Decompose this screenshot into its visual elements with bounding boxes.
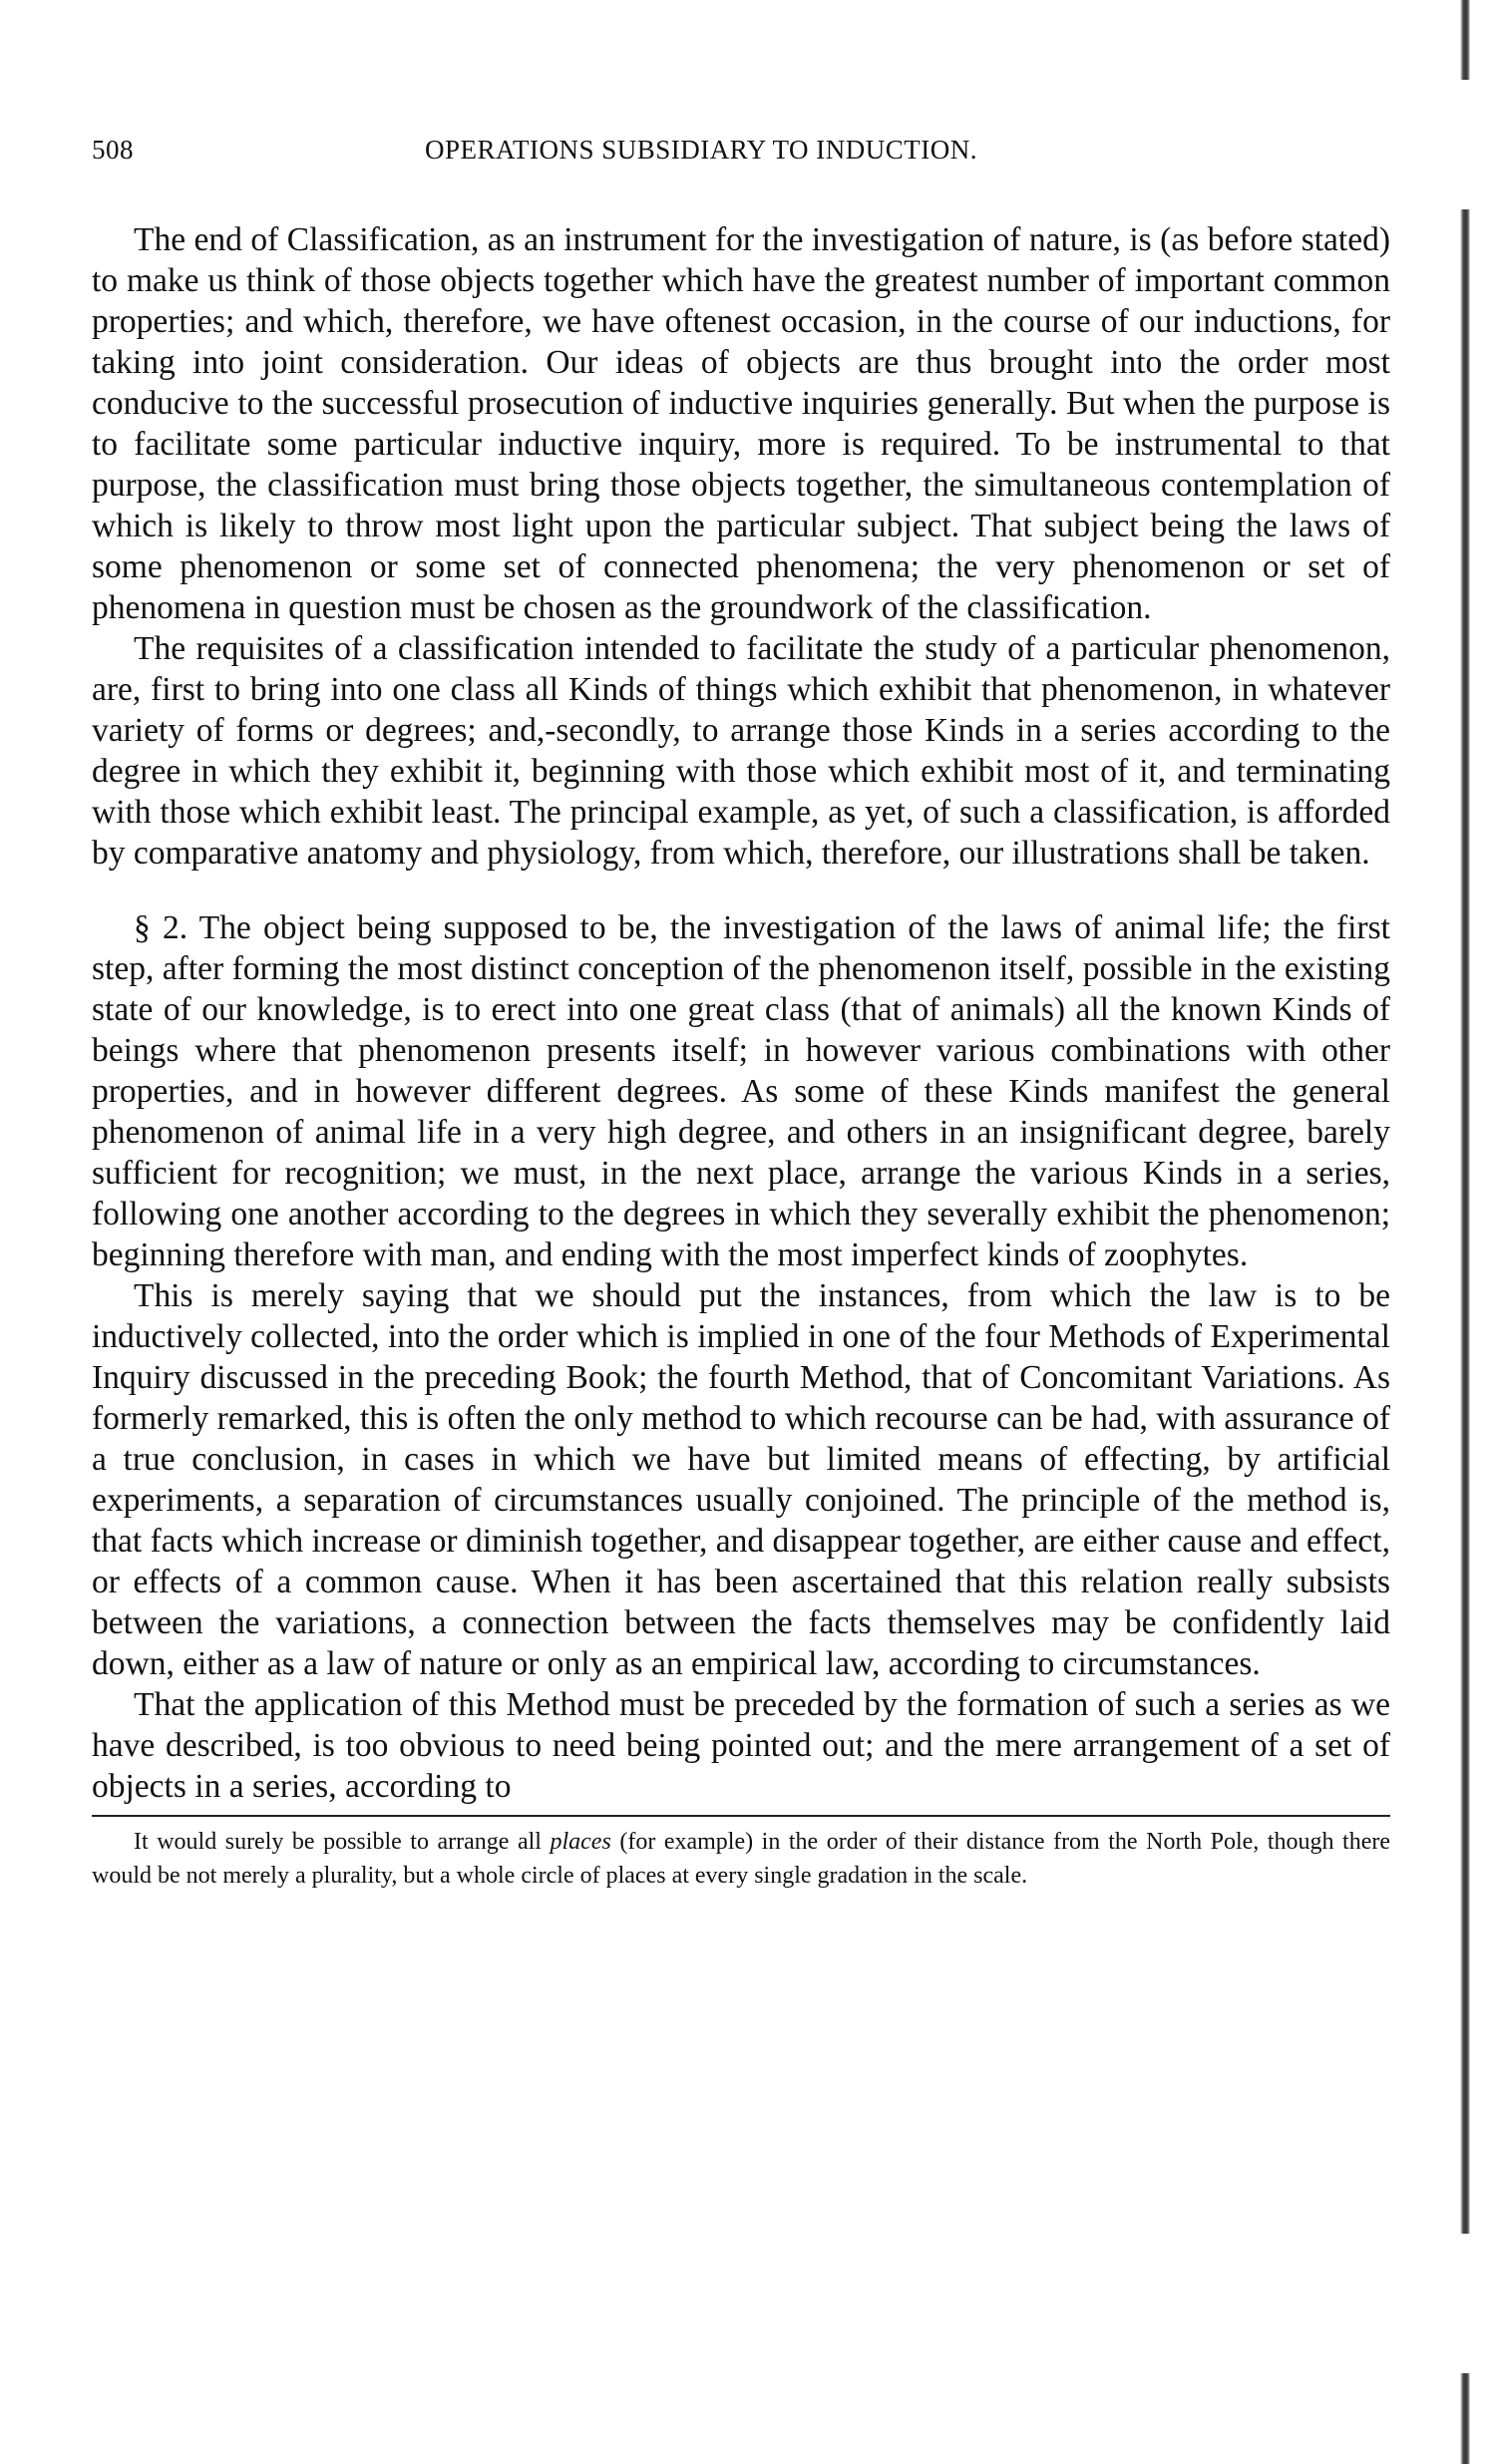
running-head: 508 OPERATIONS SUBSIDIARY TO INDUCTION. [92, 128, 1390, 172]
scan-edge-gap [1456, 80, 1474, 209]
paragraph-section-2: § 2. The object being supposed to be, th… [92, 907, 1390, 1275]
paragraph-classification-end: The end of Classification, as an instrum… [92, 219, 1390, 628]
running-title: OPERATIONS SUBSIDIARY TO INDUCTION. [92, 128, 1390, 172]
paragraph-method-application: That the application of this Method must… [92, 1684, 1390, 1807]
footnote-italic-word: places [550, 1829, 610, 1855]
footnote-text-start: It would surely be possible to arrange a… [134, 1829, 550, 1855]
scan-page-edge [1460, 0, 1470, 2464]
section-break [92, 874, 1390, 907]
scan-edge-gap [1456, 2234, 1474, 2373]
book-page: 508 OPERATIONS SUBSIDIARY TO INDUCTION. … [92, 128, 1390, 1893]
paragraph-classification-requisites: The requisites of a classification inten… [92, 628, 1390, 874]
footnote: It would surely be possible to arrange a… [92, 1825, 1390, 1893]
footnote-divider [92, 1815, 1390, 1817]
body-text: The end of Classification, as an instrum… [92, 219, 1390, 1807]
paragraph-concomitant-variations: This is merely saying that we should put… [92, 1275, 1390, 1684]
